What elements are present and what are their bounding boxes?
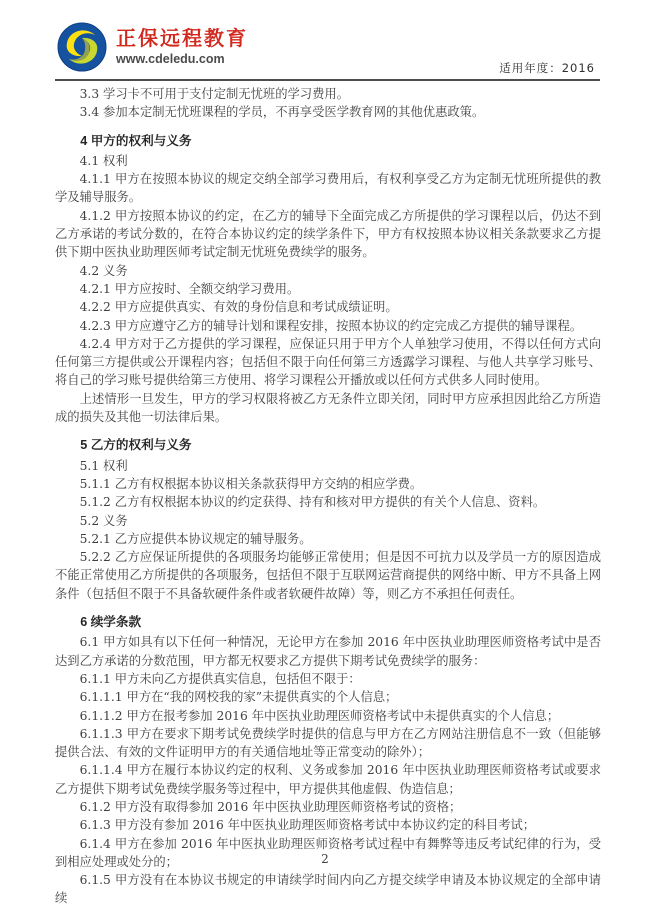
brand-url: www.cdeledu.com [116,51,248,67]
document-body: 3.3 学习卡不可用于支付定制无忧班的学习费用。3.4 参加本定制无忧班课程的学… [55,85,601,908]
applicable-year-label: 适用年度：2016 [499,60,595,76]
page-header: 正保远程教育 www.cdeledu.com 适用年度：2016 [57,22,598,78]
section-heading: 6 续学条款 [55,613,601,631]
paragraph: 6.1 甲方如具有以下任何一种情况，无论甲方在参加 2016 年中医执业助理医师… [55,633,601,670]
paragraph: 4.1 权利 [55,152,601,170]
paragraph: 5.1.2 乙方有权根据本协议的约定获得、持有和核对甲方提供的有关个人信息、资料… [55,493,601,511]
paragraph: 4.1.2 甲方按照本协议的约定，在乙方的辅导下全面完成乙方所提供的学习课程以后… [55,207,601,262]
section-heading: 4 甲方的权利与义务 [55,132,601,150]
paragraph: 3.3 学习卡不可用于支付定制无忧班的学习费用。 [55,85,601,103]
brand-text: 正保远程教育 www.cdeledu.com [116,27,248,67]
paragraph: 5.1.1 乙方有权根据本协议相关条款获得甲方交纳的相应学费。 [55,475,601,493]
paragraph: 6.1.1.3 甲方在要求下期考试免费续学时提供的信息与甲方在乙方网站注册信息不… [55,725,601,762]
paragraph: 5.1 权利 [55,457,601,475]
paragraph: 5.2.2 乙方应保证所提供的各项服务均能够正常使用；但是因不可抗力以及学员一方… [55,548,601,603]
paragraph: 4.1.1 甲方在按照本协议的规定交纳全部学习费用后，有权利享受乙方为定制无忧班… [55,170,601,207]
paragraph: 4.2 义务 [55,262,601,280]
paragraph: 5.2 义务 [55,512,601,530]
paragraph: 3.4 参加本定制无忧班课程的学员，不再享受医学教育网的其他优惠政策。 [55,103,601,121]
header-divider [55,79,600,81]
paragraph: 6.1.1.1 甲方在“我的网校我的家”未提供真实的个人信息； [55,688,601,706]
document-page: 正保远程教育 www.cdeledu.com 适用年度：2016 3.3 学习卡… [0,0,650,919]
brand-name: 正保远程教育 [116,27,248,51]
paragraph: 6.1.2 甲方没有取得参加 2016 年中医执业助理医师资格考试的资格； [55,798,601,816]
section-heading: 5 乙方的权利与义务 [55,436,601,454]
paragraph: 6.1.1.2 甲方在报考参加 2016 年中医执业助理医师资格考试中未提供真实… [55,707,601,725]
paragraph: 6.1.5 甲方没有在本协议书规定的申请续学时间内向乙方提交续学申请及本协议规定… [55,871,601,908]
page-number: 2 [0,852,650,866]
paragraph: 6.1.3 甲方没有参加 2016 年中医执业助理医师资格考试中本协议约定的科目… [55,816,601,834]
paragraph: 6.1.1 甲方未向乙方提供真实信息，包括但不限于： [55,670,601,688]
paragraph: 4.2.1 甲方应按时、全额交纳学习费用。 [55,280,601,298]
paragraph: 4.2.2 甲方应提供真实、有效的身份信息和考试成绩证明。 [55,298,601,316]
paragraph: 6.1.1.4 甲方在履行本协议约定的权利、义务或参加 2016 年中医执业助理… [55,761,601,798]
paragraph: 5.2.1 乙方应提供本协议规定的辅导服务。 [55,530,601,548]
brand-logo-icon [57,22,107,72]
paragraph: 4.2.4 甲方对于乙方提供的学习课程，应保证只用于甲方个人单独学习使用，不得以… [55,335,601,390]
paragraph: 4.2.3 甲方应遵守乙方的辅导计划和课程安排，按照本协议的约定完成乙方提供的辅… [55,317,601,335]
paragraph: 上述情形一旦发生，甲方的学习权限将被乙方无条件立即关闭，同时甲方应承担因此给乙方… [55,390,601,427]
